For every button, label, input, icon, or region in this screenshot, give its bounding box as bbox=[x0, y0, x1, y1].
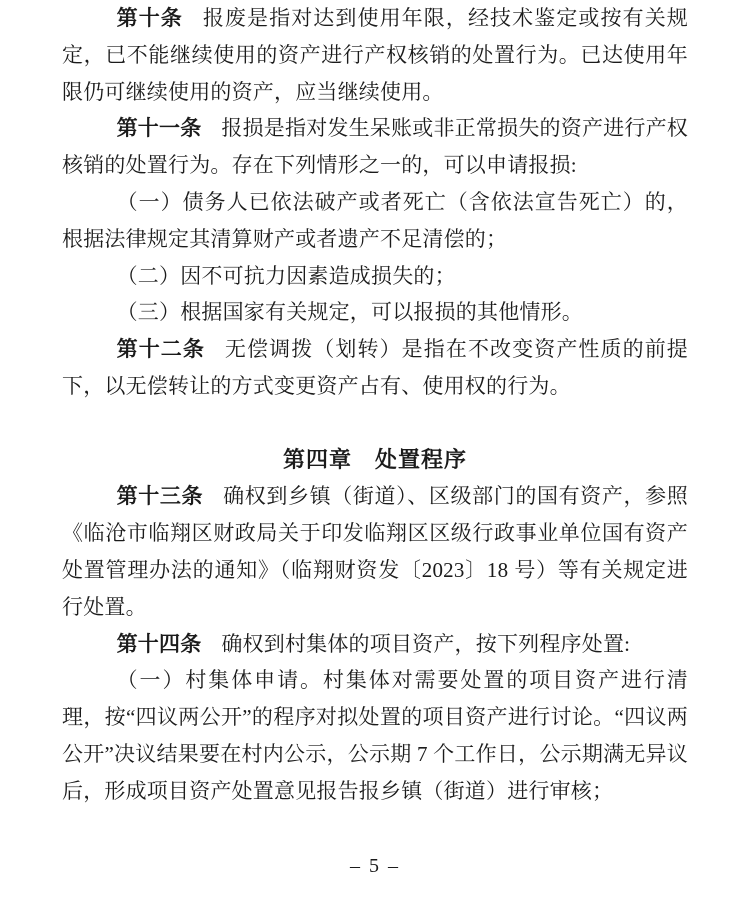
article-14-text: 确权到村集体的项目资产，按下列程序处置: bbox=[221, 632, 630, 656]
article-10-label: 第十条 bbox=[117, 6, 183, 30]
article-11-paragraph: 第十一条报损是指对发生呆账或非正常损失的资产进行产权核销的处置行为。存在下列情形… bbox=[62, 110, 688, 184]
article-13-paragraph: 第十三条确权到乡镇（街道）、区级部门的国有资产，参照《临沧市临翔区财政局关于印发… bbox=[62, 478, 688, 625]
article-13-label: 第十三条 bbox=[117, 484, 204, 508]
article-14-paragraph: 第十四条确权到村集体的项目资产，按下列程序处置: bbox=[62, 626, 688, 663]
list-item-2: （二）因不可抗力因素造成损失的； bbox=[62, 258, 688, 295]
article-12-label: 第十二条 bbox=[117, 337, 205, 361]
list-item-village-apply: （一）村集体申请。村集体对需要处置的项目资产进行清理，按“四议两公开”的程序对拟… bbox=[62, 662, 688, 809]
list-item-1: （一）债务人已依法破产或者死亡（含依法宣告死亡）的，根据法律规定其清算财产或者遗… bbox=[62, 184, 688, 258]
article-10-paragraph: 第十条报废是指对达到使用年限，经技术鉴定或按有关规定，已不能继续使用的资产进行产… bbox=[62, 0, 688, 110]
list-item-3: （三）根据国家有关规定，可以报损的其他情形。 bbox=[62, 294, 688, 331]
chapter-4-heading: 第四章 处置程序 bbox=[62, 442, 688, 479]
article-12-paragraph: 第十二条无偿调拨（划转）是指在不改变资产性质的前提下，以无偿转让的方式变更资产占… bbox=[62, 331, 688, 405]
article-11-label: 第十一条 bbox=[117, 116, 202, 140]
page-number: – 5 – bbox=[0, 855, 750, 878]
article-14-label: 第十四条 bbox=[117, 632, 202, 656]
document-page: 第十条报废是指对达到使用年限，经技术鉴定或按有关规定，已不能继续使用的资产进行产… bbox=[0, 0, 750, 903]
